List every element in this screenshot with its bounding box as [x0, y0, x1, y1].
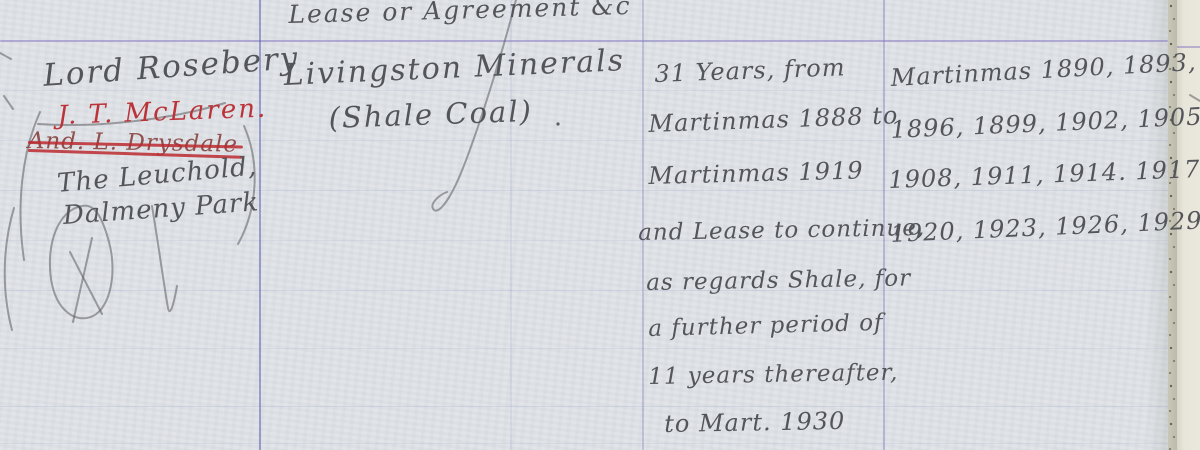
- term-line-4: and Lease to continue,: [638, 215, 925, 246]
- term-line-5: as regards Shale, for: [646, 265, 911, 296]
- feint-line: [0, 290, 1168, 291]
- ledger-scan: Lease or Agreement &c Lord Rosebery J. T…: [0, 0, 1200, 450]
- term-line-3: Martinmas 1919: [648, 156, 864, 190]
- feint-line: [0, 406, 1168, 407]
- term-line-8: to Mart. 1930: [664, 407, 846, 438]
- subjects-line-2: (Shale Coal): [328, 94, 533, 135]
- feint-line: [0, 443, 1168, 444]
- term-line-7: 11 years thereafter,: [648, 360, 899, 390]
- feint-line: [0, 90, 1168, 91]
- feint-line: [0, 348, 1168, 349]
- header-rule: [0, 40, 1168, 42]
